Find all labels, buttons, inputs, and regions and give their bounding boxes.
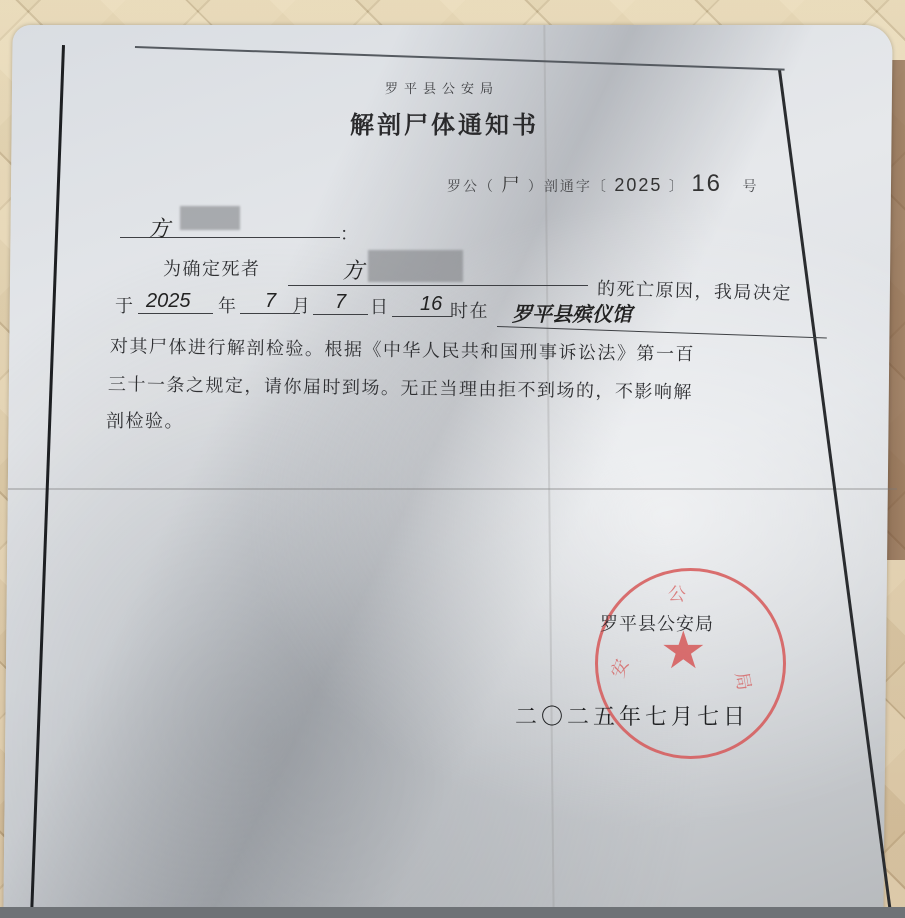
body-line-3: 对其尸体进行解剖检验。根据《中华人民共和国刑事诉讼法》第一百	[110, 332, 695, 366]
seal-char-1: 公	[667, 579, 687, 606]
doc-number-middle: ）剖通字〔	[528, 179, 608, 195]
autopsy-year: 2025	[146, 290, 191, 313]
doc-number-close: 〕	[669, 179, 685, 195]
recipient-name-redaction	[180, 206, 240, 230]
bottom-strip	[0, 907, 905, 918]
year-label: 年	[218, 292, 238, 318]
hour-underline	[392, 316, 452, 317]
month-underline	[240, 313, 300, 314]
deceased-underline	[288, 285, 588, 286]
month-label: 月	[292, 292, 312, 318]
location-underline	[497, 326, 827, 339]
signing-date: 二〇二五年七月七日	[515, 700, 749, 731]
autopsy-notice-document: 罗平县公安局 解剖尸体通知书 罗公（ 尸 ）剖通字〔 2025 〕 16 号 方…	[0, 0, 905, 918]
doc-number-suffix: 号	[742, 179, 758, 195]
doc-number-value: 16	[691, 170, 722, 197]
year-underline	[138, 313, 213, 314]
document-number: 罗公（ 尸 ）剖通字〔 2025 〕 16 号	[447, 170, 758, 198]
day-label: 日	[370, 293, 390, 319]
document-title: 解剖尸体通知书	[350, 105, 539, 140]
date-prefix: 于	[115, 292, 135, 318]
hour-label: 时在	[450, 297, 489, 323]
recipient-surname: 方	[148, 212, 170, 243]
signing-organization: 罗平县公安局	[600, 610, 714, 636]
autopsy-hour: 16	[420, 293, 442, 316]
body-line-4: 三十一条之规定，请你届时到场。无正当理由拒不到场的，不影响解	[108, 370, 693, 404]
autopsy-day: 7	[335, 291, 346, 314]
deceased-surname: 方	[342, 254, 364, 285]
day-underline	[313, 314, 368, 315]
issuing-agency-header: 罗平县公安局	[385, 78, 499, 97]
doc-number-category: 尸	[501, 175, 521, 195]
deceased-name-redaction	[368, 250, 463, 282]
doc-number-year: 2025	[614, 175, 662, 195]
autopsy-location: 罗平县殡仪馆	[512, 298, 632, 327]
doc-number-prefix: 罗公（	[447, 179, 495, 195]
body-intro: 为确定死者	[163, 255, 261, 281]
recipient-colon: ：	[340, 220, 360, 246]
autopsy-month: 7	[265, 290, 276, 313]
body-line-5: 剖检验。	[106, 407, 184, 433]
